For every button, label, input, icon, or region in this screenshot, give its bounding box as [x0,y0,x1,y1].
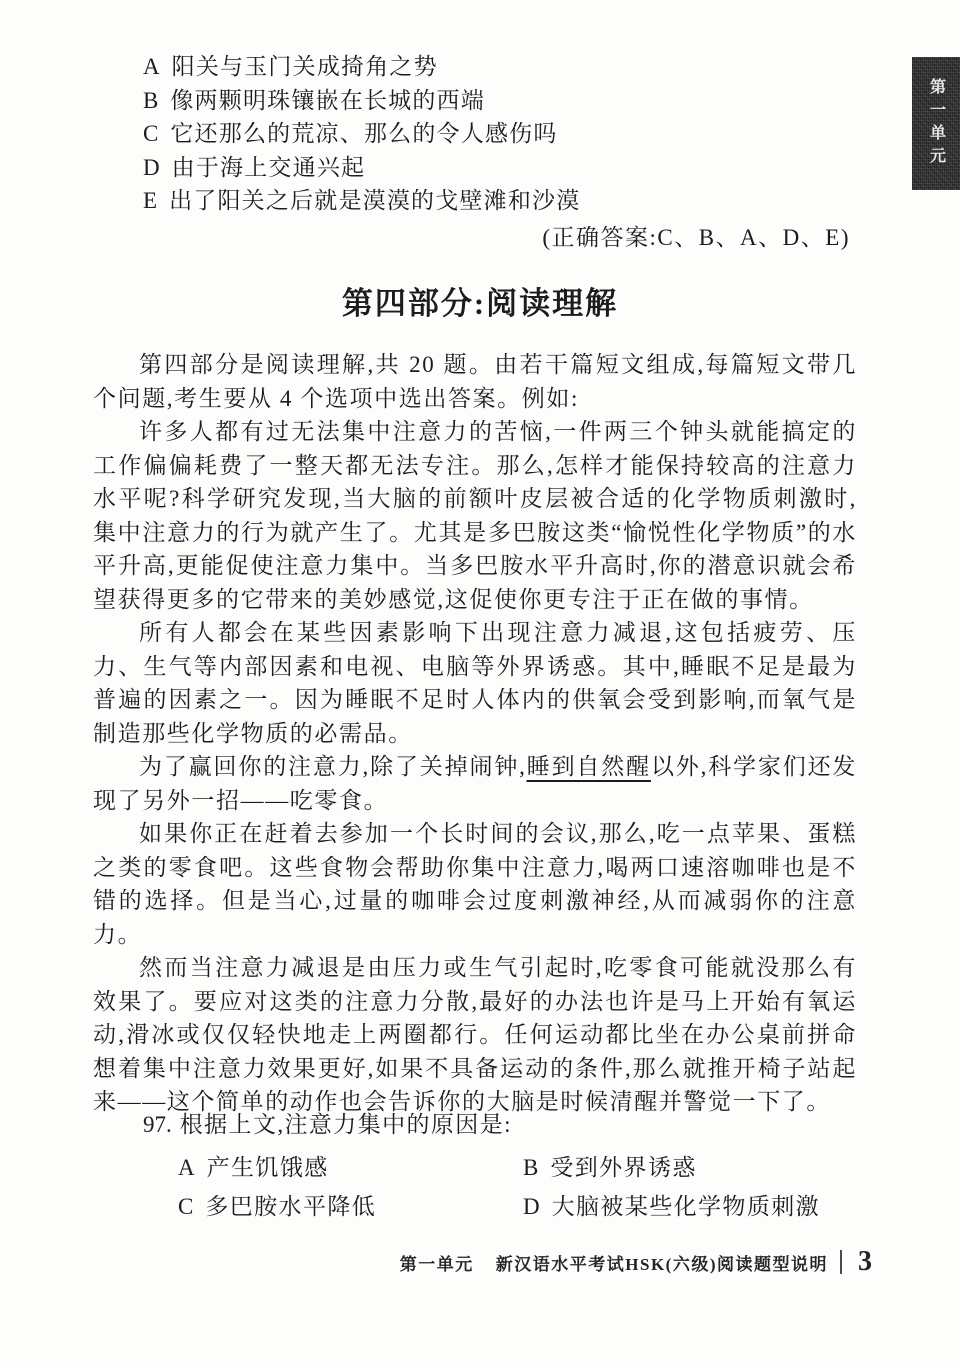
option-letter: C [143,117,158,151]
option-text: 它还那么的荒凉、那么的令人感伤吗 [170,121,557,146]
option-letter: D [143,151,160,185]
option-text: 受到外界诱惑 [550,1155,696,1180]
option-text: 大脑被某些化学物质刺激 [552,1194,820,1219]
option-text: 出了阳关之后就是漠漠的戈壁滩和沙漠 [169,188,580,213]
question-option-c: C多巴胺水平降低 [178,1190,523,1224]
footer-book-title: 新汉语水平考试HSK(六级)阅读题型说明 [496,1250,828,1275]
footer-divider [840,1250,842,1274]
question-option-grid: A产生饥饿感 B受到外界诱惑 C多巴胺水平降低 D大脑被某些化学物质刺激 [178,1151,859,1224]
question-number: 97. [143,1108,172,1142]
question-option-a: A产生饥饿感 [178,1151,523,1185]
option-letter: C [178,1190,193,1224]
example-option-d: D由于海上交通兴起 [143,151,580,185]
example-option-c: C它还那么的荒凉、那么的令人感伤吗 [143,117,580,151]
option-text: 由于海上交通兴起 [172,155,366,180]
paragraph-text: 为了赢回你的注意力,除了关掉闹钟, [139,754,527,779]
unit-side-tab: 第一单元 [912,57,960,190]
page-footer: 第一单元 新汉语水平考试HSK(六级)阅读题型说明 3 [400,1246,872,1278]
question-option-d: D大脑被某些化学物质刺激 [523,1190,859,1224]
scanned-textbook-page: A阳关与玉门关成掎角之势 B像两颗明珠镶嵌在长城的西端 C它还那么的荒凉、那么的… [0,0,960,1367]
question-stem-row: 97.根据上文,注意力集中的原因是: [143,1108,859,1142]
example-option-b: B像两颗明珠镶嵌在长城的西端 [143,84,580,118]
option-text: 像两颗明珠镶嵌在长城的西端 [170,88,485,113]
intro-paragraph: 第四部分是阅读理解,共 20 题。由若干篇短文组成,每篇短文带几个问题,考生要从… [93,348,857,415]
passage-paragraph-5: 然而当注意力减退是由压力或生气引起时,吃零食可能就没那么有效果了。要应对这类的注… [93,951,857,1119]
option-letter: E [143,184,157,218]
option-letter: D [523,1190,540,1224]
page-number: 3 [858,1246,872,1278]
example-option-list: A阳关与玉门关成掎角之势 B像两颗明珠镶嵌在长城的西端 C它还那么的荒凉、那么的… [143,50,580,218]
correct-answer-note: (正确答案:C、B、A、D、E) [542,219,850,252]
footer-unit-label: 第一单元 [400,1250,474,1275]
option-letter: A [178,1151,195,1185]
passage-paragraph-3: 为了赢回你的注意力,除了关掉闹钟,睡到自然醒以外,科学家们还发现了另外一招——吃… [93,750,857,817]
option-text: 产生饥饿感 [207,1155,329,1180]
unit-side-tab-label: 第一单元 [925,78,948,170]
passage-paragraph-2: 所有人都会在某些因素影响下出现注意力减退,这包括疲劳、压力、生气等内部因素和电视… [93,616,857,750]
passage-paragraph-4: 如果你正在赶着去参加一个长时间的会议,那么,吃一点苹果、蛋糕之类的零食吧。这些食… [93,817,857,951]
example-option-e: E出了阳关之后就是漠漠的戈壁滩和沙漠 [143,184,580,218]
option-text: 阳关与玉门关成掎角之势 [172,54,438,79]
passage-paragraph-1: 许多人都有过无法集中注意力的苦恼,一件两三个钟头就能搞定的工作偏偏耗费了一整天都… [93,415,857,616]
question-97: 97.根据上文,注意力集中的原因是: A产生饥饿感 B受到外界诱惑 C多巴胺水平… [143,1108,859,1224]
option-letter: A [143,50,160,84]
option-text: 多巴胺水平降低 [205,1194,376,1219]
option-letter: B [143,84,158,118]
example-option-a: A阳关与玉门关成掎角之势 [143,50,580,84]
question-stem: 根据上文,注意力集中的原因是: [180,1112,512,1137]
section-title: 第四部分:阅读理解 [0,278,960,323]
underlined-phrase: 睡到自然醒 [527,754,651,779]
question-option-b: B受到外界诱惑 [523,1151,859,1185]
passage-body: 第四部分是阅读理解,共 20 题。由若干篇短文组成,每篇短文带几个问题,考生要从… [93,348,857,1119]
option-letter: B [523,1151,538,1185]
